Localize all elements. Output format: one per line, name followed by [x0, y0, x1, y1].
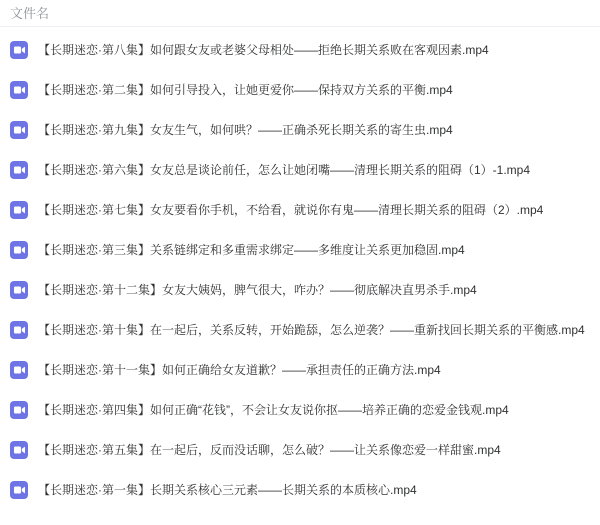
video-camera-icon [10, 321, 28, 339]
file-name[interactable]: 【长期迷恋·第四集】如何正确“花钱”，不会让女友说你抠——培养正确的恋爱金钱观.… [38, 390, 509, 430]
file-name[interactable]: 【长期迷恋·第六集】女友总是谈论前任，怎么让她闭嘴——清理长期关系的阻碍（1）-… [38, 150, 530, 190]
file-name[interactable]: 【长期迷恋·第二集】如何引导投入，让她更爱你——保持双方关系的平衡.mp4 [38, 70, 453, 110]
file-row[interactable]: 【长期迷恋·第十集】在一起后，关系反转，开始跪舔，怎么逆袭？——重新找回长期关系… [0, 310, 600, 350]
video-camera-icon [10, 281, 28, 299]
file-name[interactable]: 【长期迷恋·第一集】长期关系核心三元素——长期关系的本质核心.mp4 [38, 470, 417, 510]
video-camera-icon [10, 481, 28, 499]
file-row[interactable]: 【长期迷恋·第五集】在一起后，反而没话聊，怎么破？——让关系像恋爱一样甜蜜.mp… [0, 430, 600, 470]
file-table: 文件名 【长期迷恋·第八集】如何跟女友或老婆父母相处——拒绝长期关系败在客观因素… [0, 0, 600, 510]
video-camera-icon [10, 161, 28, 179]
video-camera-icon [10, 121, 28, 139]
table-header: 文件名 [0, 0, 600, 27]
file-name[interactable]: 【长期迷恋·第五集】在一起后，反而没话聊，怎么破？——让关系像恋爱一样甜蜜.mp… [38, 430, 501, 470]
file-row[interactable]: 【长期迷恋·第十二集】女友大姨妈，脾气很大，咋办？——彻底解决直男杀手.mp4 [0, 270, 600, 310]
video-camera-icon [10, 441, 28, 459]
video-camera-icon [10, 201, 28, 219]
file-row[interactable]: 【长期迷恋·第三集】关系链绑定和多重需求绑定——多维度让关系更加稳固.mp4 [0, 230, 600, 270]
file-row[interactable]: 【长期迷恋·第四集】如何正确“花钱”，不会让女友说你抠——培养正确的恋爱金钱观.… [0, 390, 600, 430]
file-name[interactable]: 【长期迷恋·第八集】如何跟女友或老婆父母相处——拒绝长期关系败在客观因素.mp4 [38, 30, 489, 70]
file-row[interactable]: 【长期迷恋·第八集】如何跟女友或老婆父母相处——拒绝长期关系败在客观因素.mp4 [0, 30, 600, 70]
video-camera-icon [10, 41, 28, 59]
file-name[interactable]: 【长期迷恋·第七集】女友要看你手机，不给看，就说你有鬼——清理长期关系的阻碍（2… [38, 190, 543, 230]
file-row[interactable]: 【长期迷恋·第九集】女友生气，如何哄？——正确杀死长期关系的寄生虫.mp4 [0, 110, 600, 150]
file-row[interactable]: 【长期迷恋·第六集】女友总是谈论前任，怎么让她闭嘴——清理长期关系的阻碍（1）-… [0, 150, 600, 190]
file-row[interactable]: 【长期迷恋·第二集】如何引导投入，让她更爱你——保持双方关系的平衡.mp4 [0, 70, 600, 110]
video-camera-icon [10, 81, 28, 99]
file-row[interactable]: 【长期迷恋·第一集】长期关系核心三元素——长期关系的本质核心.mp4 [0, 470, 600, 510]
video-camera-icon [10, 401, 28, 419]
file-name[interactable]: 【长期迷恋·第十二集】女友大姨妈，脾气很大，咋办？——彻底解决直男杀手.mp4 [38, 270, 477, 310]
video-camera-icon [10, 361, 28, 379]
file-name[interactable]: 【长期迷恋·第九集】女友生气，如何哄？——正确杀死长期关系的寄生虫.mp4 [38, 110, 453, 150]
file-list: 【长期迷恋·第八集】如何跟女友或老婆父母相处——拒绝长期关系败在客观因素.mp4… [0, 27, 600, 510]
file-name[interactable]: 【长期迷恋·第三集】关系链绑定和多重需求绑定——多维度让关系更加稳固.mp4 [38, 230, 465, 270]
file-row[interactable]: 【长期迷恋·第十一集】如何正确给女友道歉？——承担责任的正确方法.mp4 [0, 350, 600, 390]
file-name[interactable]: 【长期迷恋·第十集】在一起后，关系反转，开始跪舔，怎么逆袭？——重新找回长期关系… [38, 310, 585, 350]
file-row[interactable]: 【长期迷恋·第七集】女友要看你手机，不给看，就说你有鬼——清理长期关系的阻碍（2… [0, 190, 600, 230]
filename-column-header: 文件名 [10, 7, 49, 20]
file-name[interactable]: 【长期迷恋·第十一集】如何正确给女友道歉？——承担责任的正确方法.mp4 [38, 350, 441, 390]
video-camera-icon [10, 241, 28, 259]
